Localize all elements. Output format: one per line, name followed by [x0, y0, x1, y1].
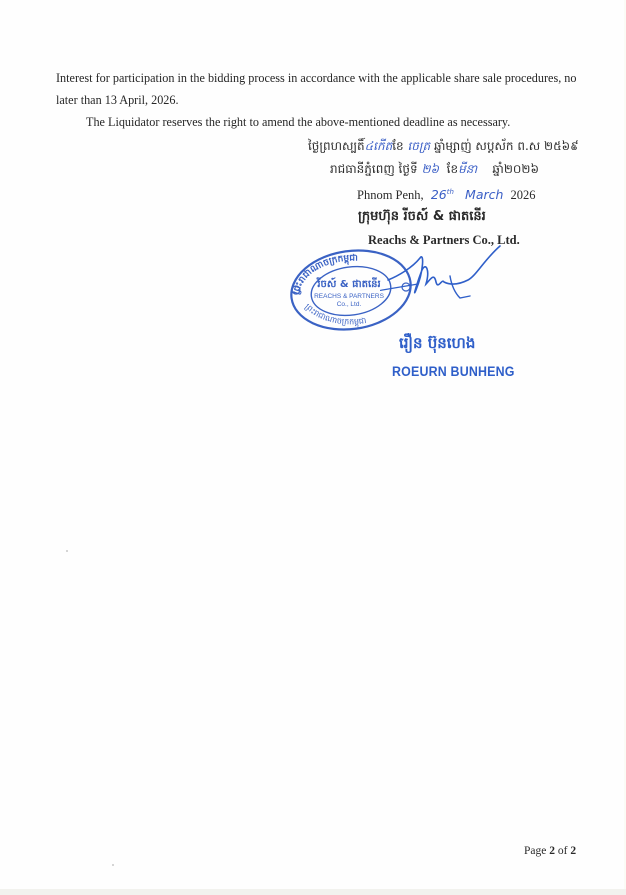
lunar-suffix: ឆ្នាំម្សាញ់ សប្តស័ក ព.ស ២៥៦៩ [434, 139, 579, 153]
signer-name-english: ROEURN BUNHENG [392, 364, 515, 379]
khmer-lunar-date: ថ្ងៃព្រហស្បតិ៍៤កើតខែ ចេត្រ ឆ្នាំម្សាញ់ ស… [308, 138, 579, 156]
khmer-solar-date: រាជធានីភ្នំពេញ ថ្ងៃទី ២៦ ខែមីនា ឆ្នាំ២០២… [330, 161, 539, 179]
solar-month-handwritten: មីនា [458, 162, 477, 176]
signer-name-khmer: រឿន ប៊ុនហេង [399, 334, 475, 356]
lunar-month-handwritten: ចេត្រ [407, 139, 430, 153]
date-day-handwritten: 26th [431, 187, 454, 202]
body-paragraph-1-line-1: Interest for participation in the biddin… [56, 67, 576, 89]
svg-text:រីចស៍ & ផាតនើរ: រីចស៍ & ផាតនើរ [316, 277, 381, 290]
body-paragraph-2: The Liquidator reserves the right to ame… [86, 111, 510, 133]
scan-speck [112, 864, 114, 866]
lunar-day-handwritten: ៤កើត [365, 139, 393, 153]
document-page: Interest for participation in the biddin… [0, 0, 626, 889]
scan-speck [66, 550, 68, 552]
page-number: Page 2 of 2 [524, 845, 576, 857]
solar-prefix: រាជធានីភ្នំពេញ ថ្ងៃទី [330, 162, 418, 176]
solar-day-handwritten: ២៦ [421, 162, 439, 176]
solar-year: ឆ្នាំ២០២៦ [492, 162, 539, 176]
svg-text:REACHS & PARTNERS: REACHS & PARTNERS [314, 293, 384, 300]
lunar-prefix: ថ្ងៃព្រហស្បតិ៍ [308, 139, 365, 153]
date-month-handwritten: March [465, 187, 503, 202]
date-city: Phnom Penh, [357, 188, 424, 202]
signature [380, 240, 510, 320]
svg-text:Co., Ltd.: Co., Ltd. [337, 301, 362, 308]
solar-month-label: ខែ [447, 162, 458, 176]
company-name-khmer: ក្រុមហ៊ុន រីចស៍ & ផាតនើរ [358, 208, 486, 227]
body-paragraph-1-line-2: later than 13 April, 2026. [56, 89, 179, 111]
page-bottom-edge [0, 889, 626, 895]
english-date-line: Phnom Penh, 26th March 2026 [357, 187, 536, 203]
lunar-month-label: ខែ [392, 139, 403, 153]
date-year: 2026 [511, 188, 536, 202]
